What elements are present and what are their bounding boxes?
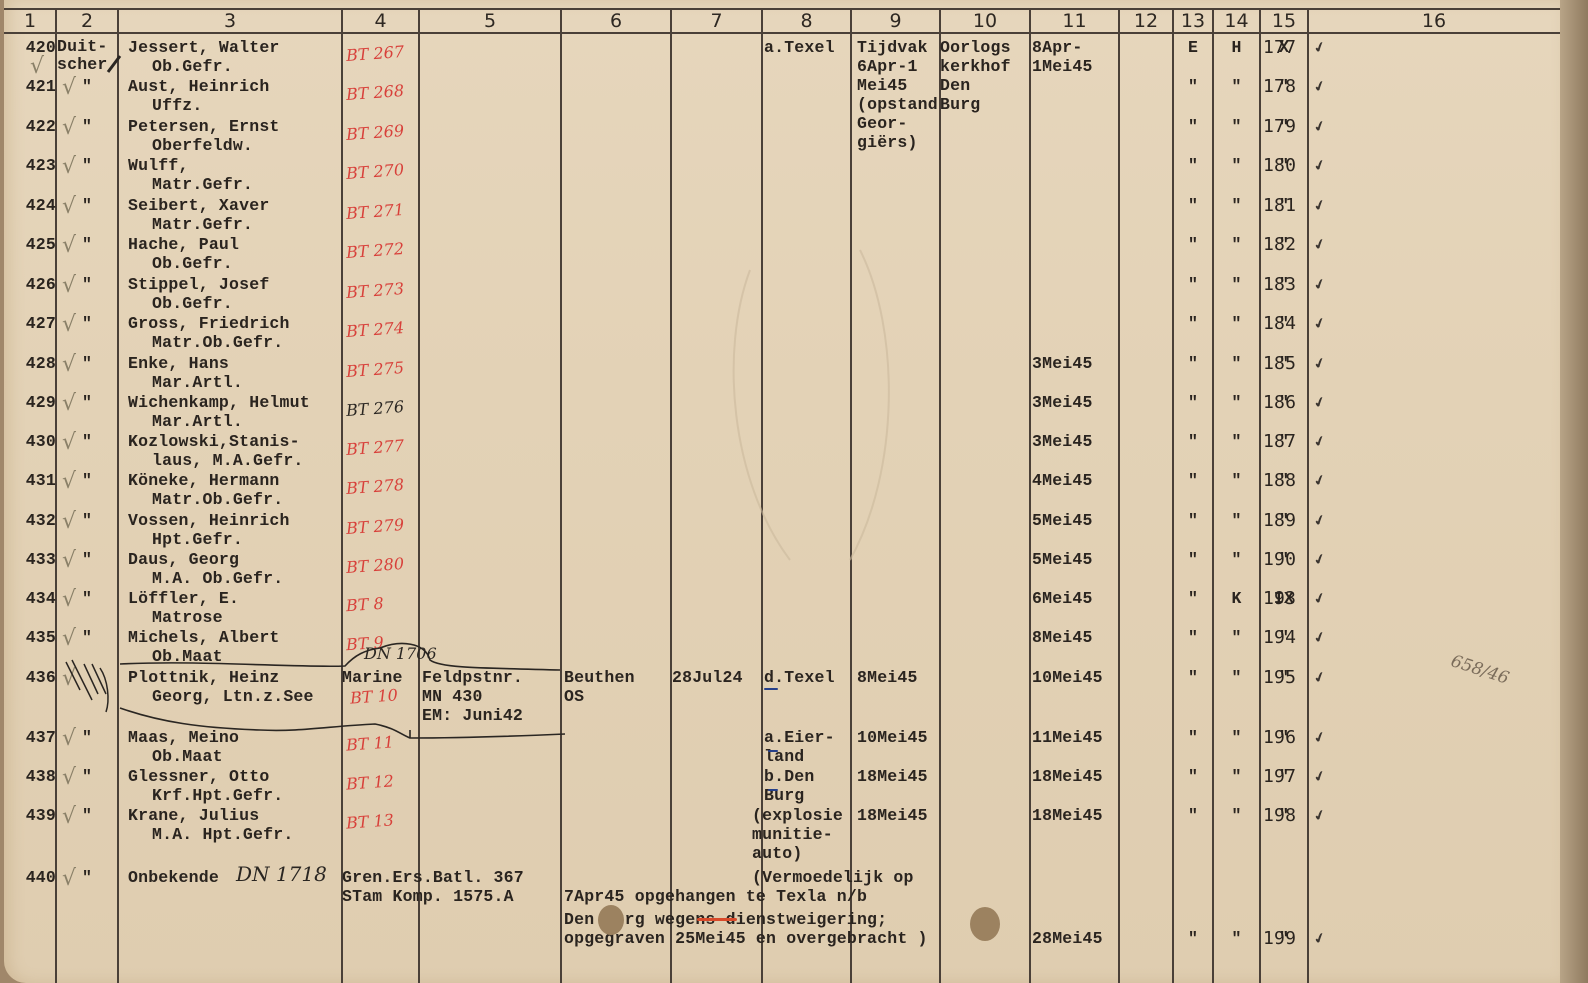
punch-hole-right	[970, 907, 1000, 941]
underline-mark	[768, 750, 778, 752]
bracket-line-bottom	[120, 708, 565, 738]
scribble-mark	[66, 660, 108, 712]
handwritten-annotations	[0, 0, 1588, 983]
underline-mark	[764, 688, 778, 690]
pen-mark	[108, 56, 120, 72]
punch-hole-left	[598, 905, 624, 935]
underline-mark	[768, 789, 778, 791]
red-underline	[697, 918, 737, 921]
bracket-line-top	[120, 644, 560, 670]
